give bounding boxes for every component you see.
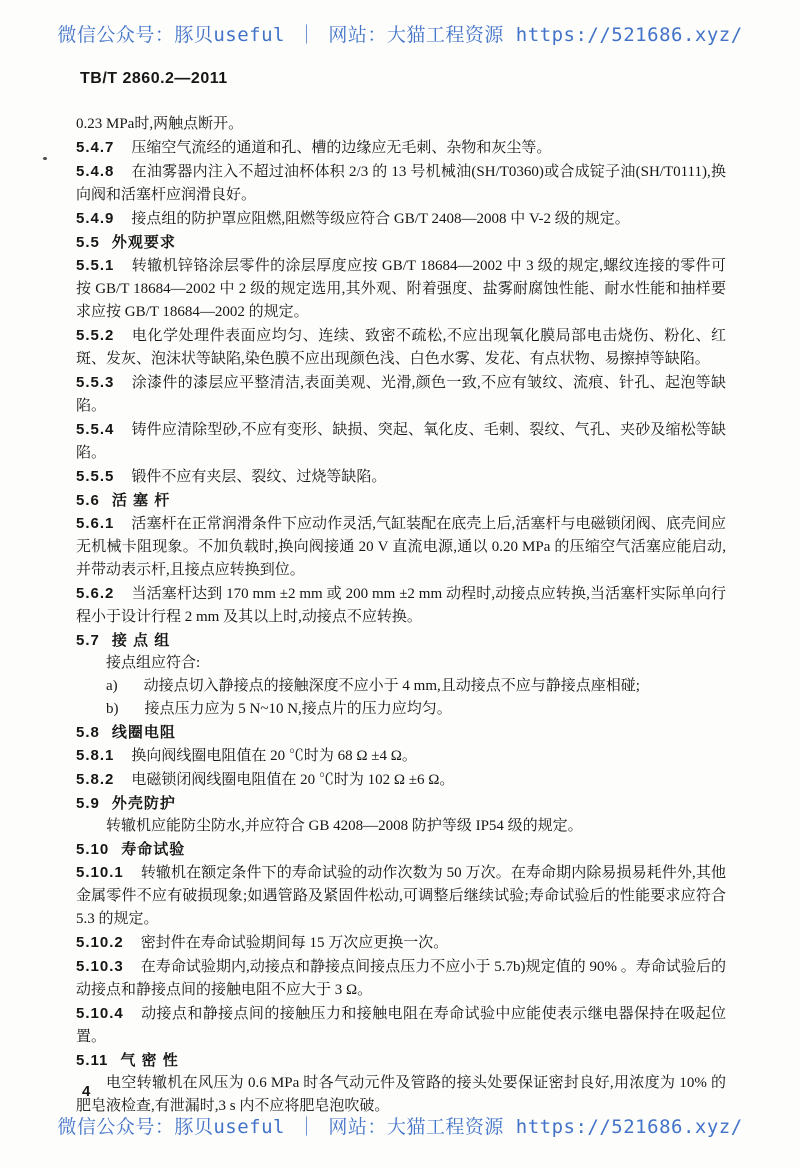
paragraph-text: 外壳防护	[112, 795, 176, 812]
paragraph-text: 接 点 组	[112, 632, 170, 649]
paragraph: 5.4.7压缩空气流经的通道和孔、槽的边缘应无毛刺、杂物和灰尘等。	[76, 136, 726, 160]
section-heading: 5.6活 塞 杆	[76, 489, 726, 512]
paragraph-text: 换向阀线圈电阻值在 20 ℃时为 68 Ω ±4 Ω。	[131, 748, 417, 764]
paragraph: 5.4.8在油雾器内注入不超过油杯体积 2/3 的 13 号机械油(SH/T03…	[76, 160, 726, 207]
paragraph: 5.5.3涂漆件的漆层应平整清洁,表面美观、光滑,颜色一致,不应有皱纹、流痕、针…	[76, 371, 726, 418]
paragraph: 接点组应符合:	[76, 652, 726, 675]
paragraph-text: 当活塞杆达到 170 mm ±2 mm 或 200 mm ±2 mm 动程时,动…	[76, 586, 726, 625]
paragraph: 5.10.2密封件在寿命试验期间每 15 万次应更换一次。	[76, 931, 726, 955]
paragraph: 5.5.5锻件不应有夹层、裂纹、过烧等缺陷。	[76, 465, 726, 489]
section-number: 5.8	[76, 724, 112, 741]
paragraph-text: 活塞杆在正常润滑条件下应动作灵活,气缸装配在底壳上后,活塞杆与电磁锁闭阀、底壳间…	[76, 516, 726, 578]
paragraph: b)接点压力应为 5 N~10 N,接点片的压力应均匀。	[76, 698, 726, 721]
list-item-marker: a)	[106, 678, 144, 694]
section-number: 5.9	[76, 795, 112, 812]
section-heading: 5.11气 密 性	[76, 1049, 726, 1072]
paragraph-text: 活 塞 杆	[112, 492, 170, 509]
paragraph-text: 电化学处理件表面应均匀、连续、致密不疏松,不应出现氧化膜局部电击烧伤、粉化、红斑…	[76, 328, 726, 367]
paragraph-text: 铸件应清除型砂,不应有变形、缺损、突起、氧化皮、毛刺、裂纹、气孔、夹砂及缩松等缺…	[76, 422, 726, 461]
document-page: 微信公众号：豚贝useful ｜ 网站：大猫工程资源 https://52168…	[0, 0, 800, 1168]
clause-number: 5.10.4	[76, 1005, 141, 1022]
paragraph: 5.10.4动接点和静接点间的接触压力和接触电阻在寿命试验中应能使表示继电器保持…	[76, 1002, 726, 1049]
paragraph: 5.5.2电化学处理件表面应均匀、连续、致密不疏松,不应出现氧化膜局部电击烧伤、…	[76, 324, 726, 371]
footer-watermark: 微信公众号：豚贝useful ｜ 网站：大猫工程资源 https://52168…	[0, 1112, 800, 1139]
clause-number: 5.5.5	[76, 468, 131, 485]
header-watermark: 微信公众号：豚贝useful ｜ 网站：大猫工程资源 https://52168…	[0, 20, 800, 47]
clause-number: 5.4.9	[76, 210, 131, 227]
paragraph: 0.23 MPa时,两触点断开。	[76, 113, 726, 136]
clause-number: 5.5.1	[76, 257, 131, 274]
paragraph: 5.10.1转辙机在额定条件下的寿命试验的动作次数为 50 万次。在寿命期内除易…	[76, 861, 726, 931]
list-item-marker: b)	[106, 701, 145, 717]
paragraph-text: 涂漆件的漆层应平整清洁,表面美观、光滑,颜色一致,不应有皱纹、流痕、针孔、起泡等…	[76, 375, 726, 414]
paragraph-text: 动接点切入静接点的接触深度不应小于 4 mm,且动接点不应与静接点座相碰;	[144, 678, 640, 694]
section-heading: 5.10寿命试验	[76, 838, 726, 861]
paragraph: 5.5.4铸件应清除型砂,不应有变形、缺损、突起、氧化皮、毛刺、裂纹、气孔、夹砂…	[76, 418, 726, 465]
section-heading: 5.9外壳防护	[76, 792, 726, 815]
clause-number: 5.5.3	[76, 374, 131, 391]
section-number: 5.7	[76, 632, 112, 649]
paragraph-text: 密封件在寿命试验期间每 15 万次应更换一次。	[141, 935, 449, 951]
paragraph-text: 在寿命试验期内,动接点和静接点间接点压力不应小于 5.7b)规定值的 90% 。…	[76, 959, 726, 998]
paragraph-text: 寿命试验	[121, 841, 185, 858]
paragraph-text: 线圈电阻	[112, 724, 176, 741]
paragraph: 5.6.1活塞杆在正常润滑条件下应动作灵活,气缸装配在底壳上后,活塞杆与电磁锁闭…	[76, 512, 726, 582]
paragraph-text: 电磁锁闭阀线圈电阻值在 20 ℃时为 102 Ω ±6 Ω。	[131, 772, 454, 788]
paragraph-text: 电空转辙机在风压为 0.6 MPa 时各气动元件及管路的接头处要保证密封良好,用…	[76, 1075, 726, 1114]
section-number: 5.5	[76, 234, 112, 251]
clause-number: 5.5.2	[76, 327, 131, 344]
paragraph-text: 外观要求	[112, 234, 176, 251]
paragraph: a)动接点切入静接点的接触深度不应小于 4 mm,且动接点不应与静接点座相碰;	[76, 675, 726, 698]
clause-number: 5.6.2	[76, 585, 131, 602]
paragraph: 转辙机应能防尘防水,并应符合 GB 4208—2008 防护等级 IP54 级的…	[76, 815, 726, 838]
section-heading: 5.8线圈电阻	[76, 721, 726, 744]
section-number: 5.6	[76, 492, 112, 509]
paragraph: 5.8.2电磁锁闭阀线圈电阻值在 20 ℃时为 102 Ω ±6 Ω。	[76, 768, 726, 792]
paragraph-text: 接点压力应为 5 N~10 N,接点片的压力应均匀。	[145, 701, 452, 717]
clause-number: 5.5.4	[76, 421, 131, 438]
paragraph-text: 压缩空气流经的通道和孔、槽的边缘应无毛刺、杂物和灰尘等。	[131, 140, 551, 156]
section-heading: 5.5外观要求	[76, 231, 726, 254]
paragraph-text: 转辙机锌铬涂层零件的涂层厚度应按 GB/T 18684—2002 中 3 级的规…	[76, 258, 726, 320]
clause-number: 5.10.3	[76, 958, 141, 975]
section-number: 5.10	[76, 841, 121, 858]
clause-number: 5.6.1	[76, 515, 131, 532]
document-body: 0.23 MPa时,两触点断开。5.4.7压缩空气流经的通道和孔、槽的边缘应无毛…	[76, 113, 726, 1118]
paragraph-text: 转辙机在额定条件下的寿命试验的动作次数为 50 万次。在寿命期内除易损易耗件外,…	[76, 865, 726, 927]
paragraph: 5.8.1换向阀线圈电阻值在 20 ℃时为 68 Ω ±4 Ω。	[76, 744, 726, 768]
clause-number: 5.4.8	[76, 163, 131, 180]
paragraph-text: 气 密 性	[120, 1052, 178, 1069]
paragraph-text: 0.23 MPa时,两触点断开。	[76, 116, 243, 132]
paragraph-text: 接点组应符合:	[106, 655, 200, 671]
clause-number: 5.10.1	[76, 864, 141, 881]
section-heading: 5.7接 点 组	[76, 629, 726, 652]
clause-number: 5.4.7	[76, 139, 131, 156]
page-number: 4	[82, 1083, 90, 1100]
paragraph-text: 转辙机应能防尘防水,并应符合 GB 4208—2008 防护等级 IP54 级的…	[106, 818, 583, 834]
paragraph-text: 动接点和静接点间的接触压力和接触电阻在寿命试验中应能使表示继电器保持在吸起位置。	[76, 1006, 726, 1045]
paragraph: 5.6.2当活塞杆达到 170 mm ±2 mm 或 200 mm ±2 mm …	[76, 582, 726, 629]
paragraph-text: 锻件不应有夹层、裂纹、过烧等缺陷。	[131, 469, 386, 485]
scan-speck	[43, 157, 47, 160]
standard-number: TB/T 2860.2—2011	[80, 70, 228, 88]
section-number: 5.11	[76, 1052, 120, 1069]
paragraph-text: 在油雾器内注入不超过油杯体积 2/3 的 13 号机械油(SH/T0360)或合…	[76, 164, 726, 203]
paragraph-text: 接点组的防护罩应阻燃,阻燃等级应符合 GB/T 2408—2008 中 V-2 …	[131, 211, 629, 227]
paragraph: 5.4.9接点组的防护罩应阻燃,阻燃等级应符合 GB/T 2408—2008 中…	[76, 207, 726, 231]
paragraph: 5.5.1转辙机锌铬涂层零件的涂层厚度应按 GB/T 18684—2002 中 …	[76, 254, 726, 324]
clause-number: 5.8.2	[76, 771, 131, 788]
clause-number: 5.10.2	[76, 934, 141, 951]
paragraph: 5.10.3在寿命试验期内,动接点和静接点间接点压力不应小于 5.7b)规定值的…	[76, 955, 726, 1002]
clause-number: 5.8.1	[76, 747, 131, 764]
